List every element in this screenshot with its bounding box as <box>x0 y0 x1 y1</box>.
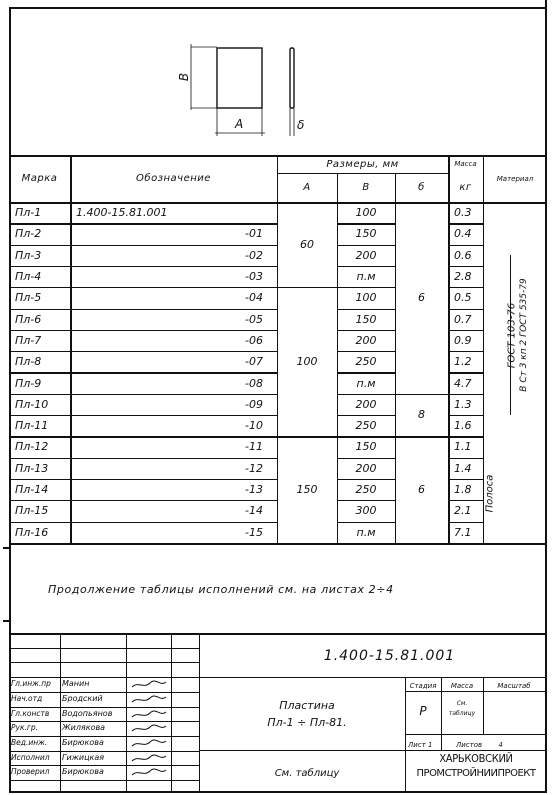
signature-name: Водопьянов <box>62 709 126 718</box>
title-block-rule <box>9 707 199 708</box>
signature-name: Бродский <box>62 694 126 703</box>
dimension-thickness-label: δ <box>297 118 304 132</box>
row-mass: 1.4 <box>448 458 483 479</box>
row-size-b: 150 <box>337 436 395 457</box>
mass-value-line1: См. <box>441 700 483 707</box>
row-designation: -12 <box>70 458 277 479</box>
sheet-count: Листов 4 <box>456 741 546 749</box>
row-mass: 0.7 <box>448 309 483 330</box>
row-size-b: 250 <box>337 415 395 436</box>
signature-scribble-icon <box>130 723 170 735</box>
row-mark: Пл-6 <box>9 309 70 330</box>
row-mark: Пл-10 <box>9 394 70 415</box>
signature-scribble-icon <box>130 753 170 765</box>
signature-role: Исполнил <box>11 753 61 762</box>
signature-name: Гижицкая <box>62 753 126 762</box>
signature-role: Гл.инж.пр <box>11 679 61 688</box>
row-size-b: 150 <box>337 223 395 244</box>
column-header-mass: Масса <box>448 155 483 173</box>
row-size-b: 200 <box>337 245 395 266</box>
row-mark: Пл-9 <box>9 372 70 393</box>
signature-role: Нач.отд <box>11 694 61 703</box>
signature-role: Проверил <box>11 767 61 776</box>
stage-label: Стадия <box>405 682 441 690</box>
frame-tick <box>3 547 11 549</box>
row-mass: 0.6 <box>448 245 483 266</box>
dimension-b-label: B <box>177 73 191 81</box>
stage-value: Р <box>405 704 441 718</box>
row-mark: Пл-15 <box>9 500 70 521</box>
row-size-b: 100 <box>337 202 395 223</box>
row-designation: -13 <box>70 479 277 500</box>
row-mass: 0.9 <box>448 330 483 351</box>
plate-sketch <box>0 0 553 160</box>
row-designation: -07 <box>70 351 277 372</box>
row-designation: -04 <box>70 287 277 308</box>
row-mark: Пл-1 <box>9 202 70 223</box>
mass-value-line2: таблицу <box>441 710 483 717</box>
item-name-line2: Пл-1 ÷ Пл-81. <box>232 716 382 729</box>
signature-name: Манин <box>62 679 126 688</box>
group-size-a: 100 <box>277 287 337 436</box>
row-mark: Пл-14 <box>9 479 70 500</box>
signature-scribble-icon <box>130 738 170 750</box>
row-mass: 1.8 <box>448 479 483 500</box>
title-block-rule <box>9 677 199 678</box>
row-mass: 0.3 <box>448 202 483 223</box>
group-thickness: 8 <box>395 394 448 437</box>
row-designation: -15 <box>70 522 277 543</box>
signature-scribble-icon <box>130 694 170 706</box>
title-block-rule <box>9 648 199 649</box>
row-designation: -09 <box>70 394 277 415</box>
row-mark: Пл-12 <box>9 436 70 457</box>
row-designation: -02 <box>70 245 277 266</box>
organization-line1: ХАРЬКОВСКИЙ <box>405 752 547 765</box>
column-header-thickness: б <box>395 173 448 202</box>
table-rule <box>9 543 547 545</box>
row-size-b: 150 <box>337 309 395 330</box>
title-block-rule <box>9 692 199 693</box>
column-header-a: A <box>277 173 337 202</box>
row-size-b: 200 <box>337 394 395 415</box>
title-block-rule <box>405 691 547 692</box>
title-block-rule <box>9 736 199 737</box>
row-size-b: 250 <box>337 479 395 500</box>
title-block-rule <box>9 751 199 752</box>
group-size-a: 60 <box>277 202 337 287</box>
frame-tick <box>3 620 11 622</box>
signature-scribble-icon <box>130 709 170 721</box>
row-mass: 2.1 <box>448 500 483 521</box>
column-header-b: B <box>337 173 395 202</box>
row-mark: Пл-7 <box>9 330 70 351</box>
row-designation: -10 <box>70 415 277 436</box>
row-mark: Пл-16 <box>9 522 70 543</box>
row-size-b: 200 <box>337 330 395 351</box>
signature-role: Гл.конств <box>11 709 61 718</box>
column-header-designation: Обозначение <box>70 155 277 202</box>
document-code: 1.400-15.81.001 <box>232 648 547 664</box>
row-mass: 2.8 <box>448 266 483 287</box>
row-mark: Пл-11 <box>9 415 70 436</box>
title-block-rule <box>126 633 127 793</box>
row-mark: Пл-2 <box>9 223 70 244</box>
row-size-b: п.м <box>337 372 395 393</box>
row-size-b: 250 <box>337 351 395 372</box>
row-size-b: п.м <box>337 522 395 543</box>
row-mark: Пл-3 <box>9 245 70 266</box>
row-mark: Пл-5 <box>9 287 70 308</box>
title-block-rule <box>199 677 547 678</box>
sheet-number: Лист 1 <box>408 741 448 749</box>
signature-role: Вед.инж. <box>11 738 61 747</box>
signature-name: Бирюкова <box>62 767 126 776</box>
material-reference: См. таблицу <box>232 768 382 779</box>
row-designation: -06 <box>70 330 277 351</box>
row-mass: 1.3 <box>448 394 483 415</box>
row-designation: -05 <box>70 309 277 330</box>
row-size-b: 300 <box>337 500 395 521</box>
column-header-material: Материал <box>483 155 547 202</box>
title-block-rule <box>405 734 547 735</box>
signature-name: Жилякова <box>62 723 126 732</box>
item-name-line1: Пластина <box>232 699 382 712</box>
title-block-rule <box>9 721 199 722</box>
row-mark: Пл-13 <box>9 458 70 479</box>
signature-scribble-icon <box>130 679 170 691</box>
organization-line2: ПРОМСТРОЙНИИПРОЕКТ <box>405 768 547 779</box>
group-thickness: 6 <box>395 202 448 394</box>
row-designation: -11 <box>70 436 277 457</box>
column-header-mark: Марка <box>9 155 70 202</box>
row-mass: 1.1 <box>448 436 483 457</box>
title-block-rule <box>9 780 199 781</box>
signature-name: Бирюкова <box>62 738 126 747</box>
row-size-b: п.м <box>337 266 395 287</box>
material-denominator: В Ст 3 кп 2 ГОСТ 535-79 <box>519 255 529 415</box>
title-block-rule <box>171 633 172 793</box>
row-designation: -14 <box>70 500 277 521</box>
row-size-b: 100 <box>337 287 395 308</box>
row-designation: -01 <box>70 223 277 244</box>
row-size-b: 200 <box>337 458 395 479</box>
row-mark: Пл-4 <box>9 266 70 287</box>
group-thickness: 6 <box>395 436 448 543</box>
title-block-rule <box>9 765 199 766</box>
row-designation: -03 <box>70 266 277 287</box>
title-block-rule <box>9 662 199 663</box>
row-mass: 0.5 <box>448 287 483 308</box>
material-numerator: ГОСТ 103-76 <box>507 256 518 416</box>
row-mass: 0.4 <box>448 223 483 244</box>
title-block-rule <box>9 633 547 635</box>
column-header-sizes: Размеры, мм <box>277 155 448 173</box>
scale-label: Масштаб <box>483 682 545 690</box>
signature-role: Рук.гр. <box>11 723 61 732</box>
title-block-rule <box>199 633 200 793</box>
signature-scribble-icon <box>130 767 170 779</box>
mass-label: Масса <box>441 682 483 690</box>
dimension-a-label: A <box>235 117 243 131</box>
row-mass: 7.1 <box>448 522 483 543</box>
column-header-mass-unit: кг <box>448 173 483 202</box>
row-mark: Пл-8 <box>9 351 70 372</box>
row-designation: -08 <box>70 372 277 393</box>
group-size-a: 150 <box>277 436 337 543</box>
material-fraction-line <box>510 255 511 415</box>
continuation-note: Продолжение таблицы исполнений см. на ли… <box>48 583 394 596</box>
row-mass: 4.7 <box>448 372 483 393</box>
row-mass: 1.6 <box>448 415 483 436</box>
row-designation: 1.400-15.81.001 <box>70 202 277 223</box>
row-mass: 1.2 <box>448 351 483 372</box>
material-name: Полоса <box>485 464 496 524</box>
